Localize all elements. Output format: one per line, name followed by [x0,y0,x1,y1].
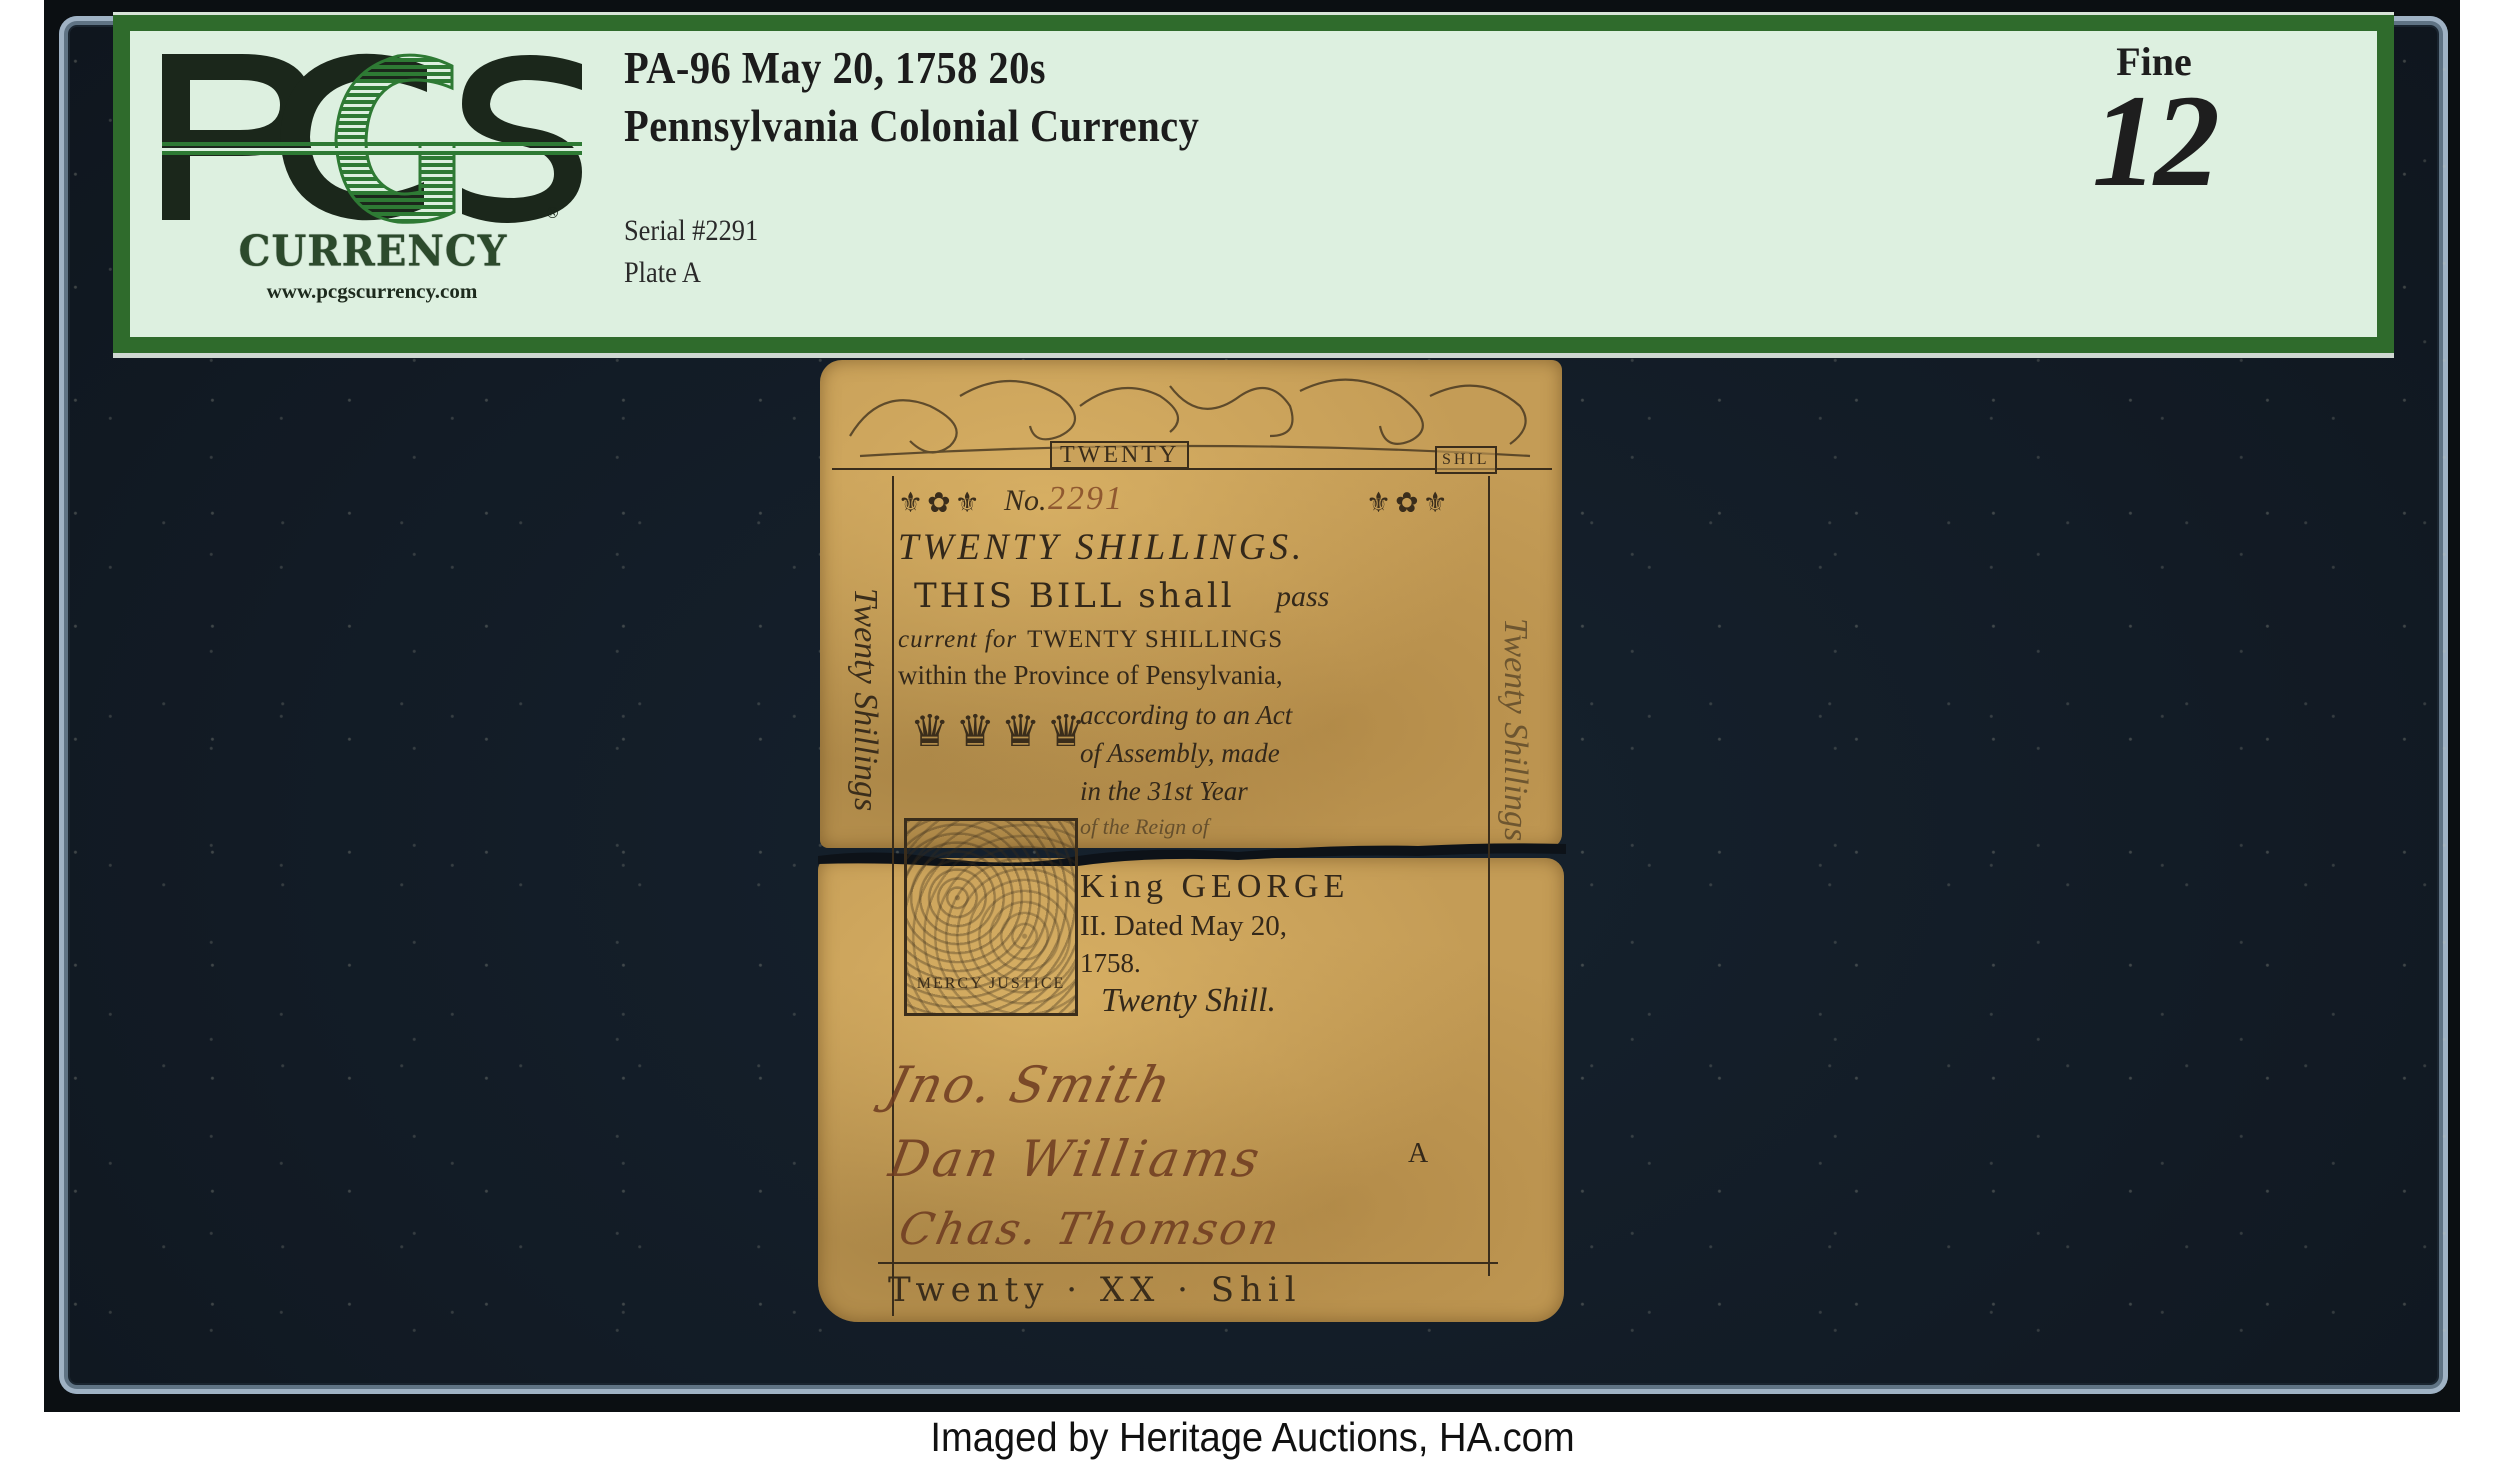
fleuron-ornaments-left-icon: ⚜✿⚜ [898,486,984,520]
year-of-reign-text: in the 31st Year [1080,776,1248,807]
right-border-column [1488,476,1544,1276]
pcgs-monogram-icon [162,44,582,234]
fleuron-ornaments-right-icon: ⚜✿⚜ [1366,486,1452,520]
emblem-words: MERCY JUSTICE [907,975,1075,993]
plate-letter: Plate A [624,251,1187,295]
catalog-title: PA-96 May 20, 1758 20s [624,39,1199,97]
grade-block: Fine 12 [2069,39,2239,197]
serial-number: Serial #2291 [624,211,1187,251]
handwritten-serial: 2291 [1048,480,1124,518]
right-side-text: Twenty Shillings [1496,618,1534,841]
denomination-script: Twenty Shill. [1101,982,1276,1020]
king-george-text: King GEORGE [1080,868,1349,906]
current-amount: TWENTY SHILLINGS [1027,626,1283,653]
current-text: current forTWENTY SHILLINGS [898,626,1283,654]
bottom-rule [878,1262,1498,1264]
logo-url: www.pcgscurrency.com [162,279,582,304]
pcgs-logo: ® CURRENCY www.pcgscurrency.com [162,44,582,309]
series-title: Pennsylvania Colonial Currency [624,97,1199,155]
image-credit-caption: Imaged by Heritage Auctions, HA.com [88,1412,2418,1465]
left-side-text: Twenty Shillings [846,588,884,811]
bottom-border-text: Twenty · XX · Shil [888,1270,1302,1310]
registered-mark: ® [545,204,560,222]
number-prefix: No. [1004,484,1047,518]
logo-currency-text: CURRENCY [164,227,582,276]
crowns-icon: ♛♛♛♛ [910,706,1092,757]
banknote: TWENTY SHIL Twenty Shillings Twenty Shil… [818,358,1566,1324]
act-text: according to an Act [1080,700,1292,731]
grade-number: 12 [2069,85,2239,197]
grading-label: ® CURRENCY www.pcgscurrency.com PA-96 Ma… [113,12,2394,358]
signature-3: Chas. Thomson [895,1204,1287,1255]
pass-text: pass [1276,580,1329,614]
signature-2: Dan Williams [885,1130,1267,1188]
assembly-text: of Assembly, made [1080,738,1280,769]
grading-label-inner: ® CURRENCY www.pcgscurrency.com PA-96 Ma… [130,31,2377,337]
signature-1: Jno. Smith [881,1056,1179,1114]
denomination-title: TWENTY SHILLINGS. [898,526,1305,569]
current-prefix: current for [898,626,1017,653]
top-cartouche-right: SHIL [1435,446,1497,474]
mercy-justice-emblem: MERCY JUSTICE [904,818,1078,1016]
top-cartouche: TWENTY [1050,441,1189,469]
plate-letter-printed: A [1408,1138,1428,1170]
printed-year: 1758. [1080,948,1141,979]
this-bill-text: THIS BILL shall [914,576,1235,616]
note-description: PA-96 May 20, 1758 20s Pennsylvania Colo… [624,39,1263,295]
dated-text: II. Dated May 20, [1080,910,1287,943]
reign-text: of the Reign of [1080,814,1209,840]
province-text: within the Province of Pensylvania, [898,660,1283,691]
